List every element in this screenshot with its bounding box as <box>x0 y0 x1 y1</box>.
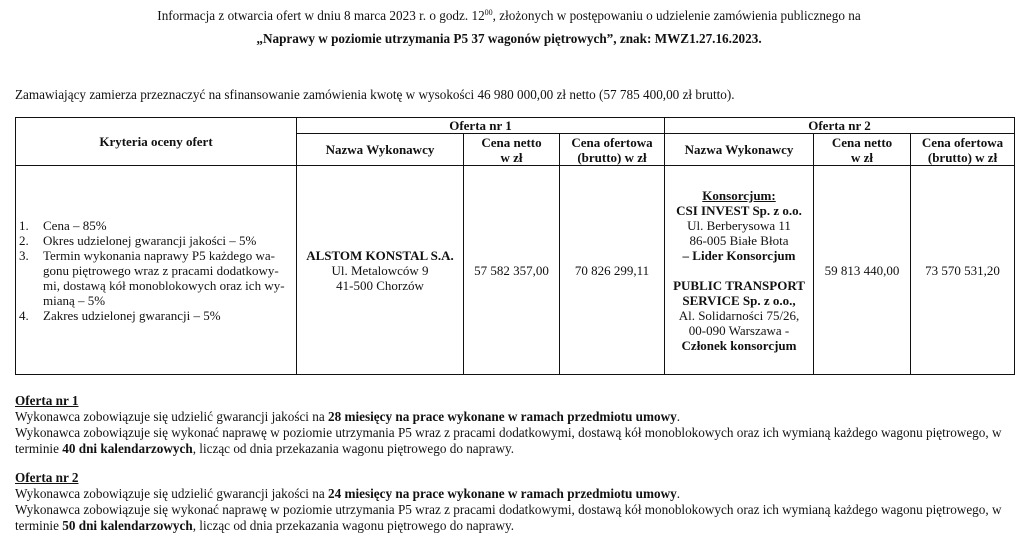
offer1-details-title: Oferta nr 1 <box>15 393 1005 409</box>
offer1-net-header: Cena nettow zł <box>464 134 560 166</box>
heading-text: Informacja z otwarcia ofert w dniu 8 mar… <box>157 8 484 23</box>
consortium-member-role: Członek konsorcjum <box>665 338 813 353</box>
warranty-period: 24 miesięcy na prace wykonane w ramach p… <box>328 486 677 501</box>
offer1-warranty-text: Wykonawca zobowiązuje się udzielić gwara… <box>15 409 1005 425</box>
document-heading: Informacja z otwarcia ofert w dniu 8 mar… <box>0 8 1018 24</box>
spacer <box>665 263 813 278</box>
offer2-deadline-text: Wykonawca zobowiązuje się wykonać napraw… <box>15 502 1005 534</box>
heading-text-continued: , złożonych w postępowaniu o udzielenie … <box>493 8 861 23</box>
criteria-item: 3.Termin wykonania naprawy P5 każdego wa… <box>19 248 296 308</box>
header-text: Cena netto <box>832 135 892 150</box>
criteria-list: 1.Cena – 85% 2.Okres udzielonej gwarancj… <box>19 218 296 323</box>
header-text: Cena netto <box>481 135 541 150</box>
consortium-leader-role: – Lider Konsorcjum <box>665 248 813 263</box>
consortium-label: Konsorcjum: <box>665 188 813 203</box>
offers-table: Kryteria oceny ofert Oferta nr 1 Oferta … <box>15 117 1015 375</box>
offer1-address-street: Ul. Metalowców 9 <box>297 263 463 278</box>
criteria-text: Cena – 85% <box>43 218 296 233</box>
criteria-item: 2.Okres udzielonej gwarancji jakości – 5… <box>19 233 296 248</box>
offer2-gross-header: Cena ofertowa(brutto) w zł <box>911 134 1015 166</box>
offer1-deadline-text: Wykonawca zobowiązuje się wykonać napraw… <box>15 425 1005 457</box>
offer1-gross-price: 70 826 299,11 <box>560 166 665 375</box>
header-text: Nazwa Wykonawcy <box>326 142 435 157</box>
criteria-cell: 1.Cena – 85% 2.Okres udzielonej gwarancj… <box>16 166 297 375</box>
criteria-number: 2. <box>19 233 43 248</box>
consortium-member-name-line2: SERVICE Sp. z o.o., <box>665 293 813 308</box>
criteria-text: Termin wykonania naprawy P5 każdego wa-g… <box>43 248 296 308</box>
criteria-item: 1.Cena – 85% <box>19 218 296 233</box>
consortium-member-city: 00-090 Warszawa - <box>665 323 813 338</box>
offer2-contractor-header: Nazwa Wykonawcy <box>665 134 814 166</box>
offer1-details: Oferta nr 1 Wykonawca zobowiązuje się ud… <box>15 393 1005 457</box>
text: Wykonawca zobowiązuje się udzielić gwara… <box>15 486 328 501</box>
text: Wykonawca zobowiązuje się udzielić gwara… <box>15 409 328 424</box>
heading-time-superscript: 00 <box>485 8 493 17</box>
deadline-days: 40 dni kalendarzowych <box>62 441 192 456</box>
text: , licząc od dnia przekazania wagonu pięt… <box>193 441 514 456</box>
consortium-leader-city: 86-005 Białe Błota <box>665 233 813 248</box>
header-text: Cena ofertowa <box>922 135 1003 150</box>
criteria-item: 4.Zakres udzielonej gwarancji – 5% <box>19 308 296 323</box>
offer1-address-city: 41-500 Chorzów <box>297 278 463 293</box>
consortium-member-street: Al. Solidarności 75/26, <box>665 308 813 323</box>
criteria-text: Okres udzielonej gwarancji jakości – 5% <box>43 233 296 248</box>
consortium-member-name-line1: PUBLIC TRANSPORT <box>665 278 813 293</box>
text: , licząc od dnia przekazania wagonu pięt… <box>193 518 514 533</box>
text: . <box>677 486 680 501</box>
offers-data-row: 1.Cena – 85% 2.Okres udzielonej gwarancj… <box>16 166 1015 375</box>
offer2-net-header: Cena nettow zł <box>814 134 911 166</box>
criteria-number: 4. <box>19 308 43 323</box>
offer2-details-title: Oferta nr 2 <box>15 470 1005 486</box>
criteria-text: Zakres udzielonej gwarancji – 5% <box>43 308 296 323</box>
header-text: w zł <box>851 150 873 165</box>
offer1-gross-header: Cena ofertowa(brutto) w zł <box>560 134 665 166</box>
criteria-header: Kryteria oceny ofert <box>16 118 297 166</box>
header-text: (brutto) w zł <box>577 150 646 165</box>
deadline-days: 50 dni kalendarzowych <box>62 518 192 533</box>
header-text: (brutto) w zł <box>928 150 997 165</box>
consortium-leader-name: CSI INVEST Sp. z o.o. <box>665 203 813 218</box>
procurement-title: „Naprawy w poziomie utrzymania P5 37 wag… <box>0 31 1018 47</box>
header-text: w zł <box>500 150 522 165</box>
text: . <box>677 409 680 424</box>
criteria-number: 3. <box>19 248 43 308</box>
offer1-contractor-name: ALSTOM KONSTAL S.A. <box>297 248 463 263</box>
offer2-gross-price: 73 570 531,20 <box>911 166 1015 375</box>
offer1-net-price: 57 582 357,00 <box>464 166 560 375</box>
offer2-net-price: 59 813 440,00 <box>814 166 911 375</box>
offer2-contractor-cell: Konsorcjum: CSI INVEST Sp. z o.o. Ul. Be… <box>665 166 814 375</box>
warranty-period: 28 miesięcy na prace wykonane w ramach p… <box>328 409 677 424</box>
header-text: Nazwa Wykonawcy <box>685 142 794 157</box>
consortium-leader-street: Ul. Berberysowa 11 <box>665 218 813 233</box>
offer1-contractor-cell: ALSTOM KONSTAL S.A. Ul. Metalowców 9 41-… <box>297 166 464 375</box>
offer2-header: Oferta nr 2 <box>665 118 1015 134</box>
criteria-number: 1. <box>19 218 43 233</box>
offer1-header: Oferta nr 1 <box>297 118 665 134</box>
offer1-contractor-header: Nazwa Wykonawcy <box>297 134 464 166</box>
offers-header-row: Kryteria oceny ofert Oferta nr 1 Oferta … <box>16 118 1015 134</box>
header-text: Cena ofertowa <box>571 135 652 150</box>
offer2-warranty-text: Wykonawca zobowiązuje się udzielić gwara… <box>15 486 1005 502</box>
offer2-details: Oferta nr 2 Wykonawca zobowiązuje się ud… <box>15 470 1005 534</box>
budget-statement: Zamawiający zamierza przeznaczyć na sfin… <box>15 87 735 103</box>
